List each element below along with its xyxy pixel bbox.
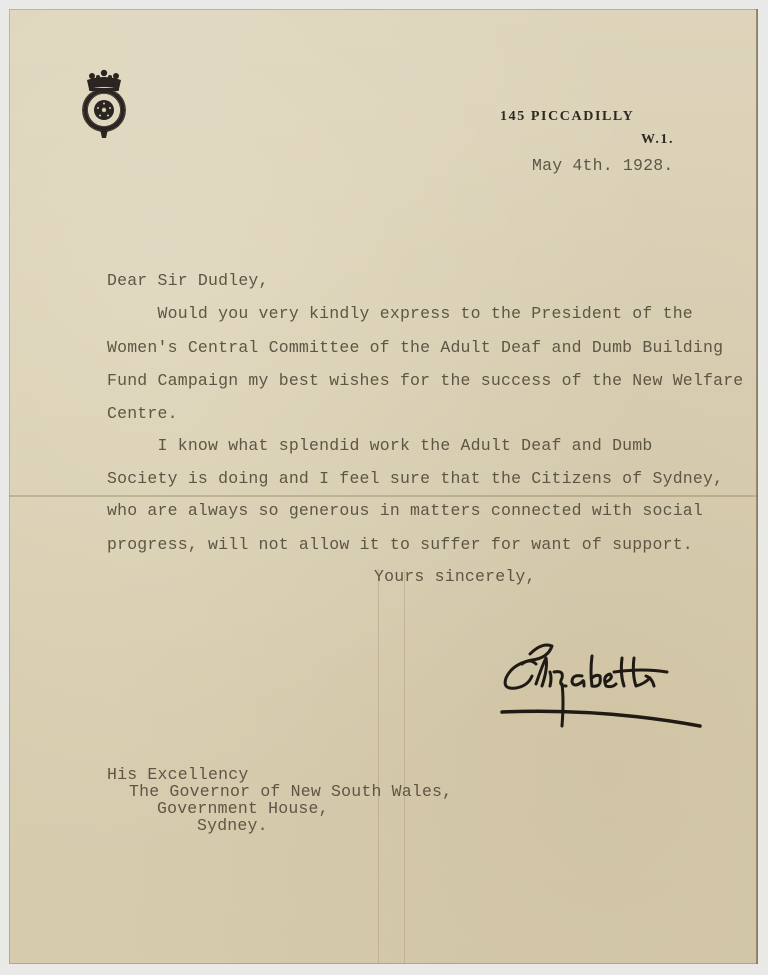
paragraph-2-line: I know what splendid work the Adult Deaf… <box>107 436 653 455</box>
closing: Yours sincerely, <box>374 567 536 586</box>
paragraph-2-line: who are always so generous in matters co… <box>107 501 703 520</box>
paragraph-1-line: Women's Central Committee of the Adult D… <box>107 338 723 357</box>
salutation: Dear Sir Dudley, <box>107 271 269 290</box>
paragraph-2-line: progress, will not allow it to suffer fo… <box>107 535 693 554</box>
paragraph-1-line: Would you very kindly express to the Pre… <box>107 304 693 323</box>
paragraph-1-line: Fund Campaign my best wishes for the suc… <box>107 371 743 390</box>
letterhead-postcode: W.1. <box>641 132 674 148</box>
signature: Elizabeth <box>492 628 712 738</box>
vertical-fold-crease <box>378 569 379 964</box>
letter-date: May 4th. 1928. <box>532 156 673 175</box>
letterhead-street: 145 PICCADILLY <box>500 109 634 125</box>
horizontal-fold-crease <box>9 495 758 497</box>
vertical-fold-crease <box>404 569 405 964</box>
paragraph-1-line: Centre. <box>107 404 178 423</box>
paragraph-2-line: Society is doing and I feel sure that th… <box>107 469 723 488</box>
recipient-line: Sydney. <box>197 816 268 835</box>
royal-crest-icon <box>78 68 130 140</box>
